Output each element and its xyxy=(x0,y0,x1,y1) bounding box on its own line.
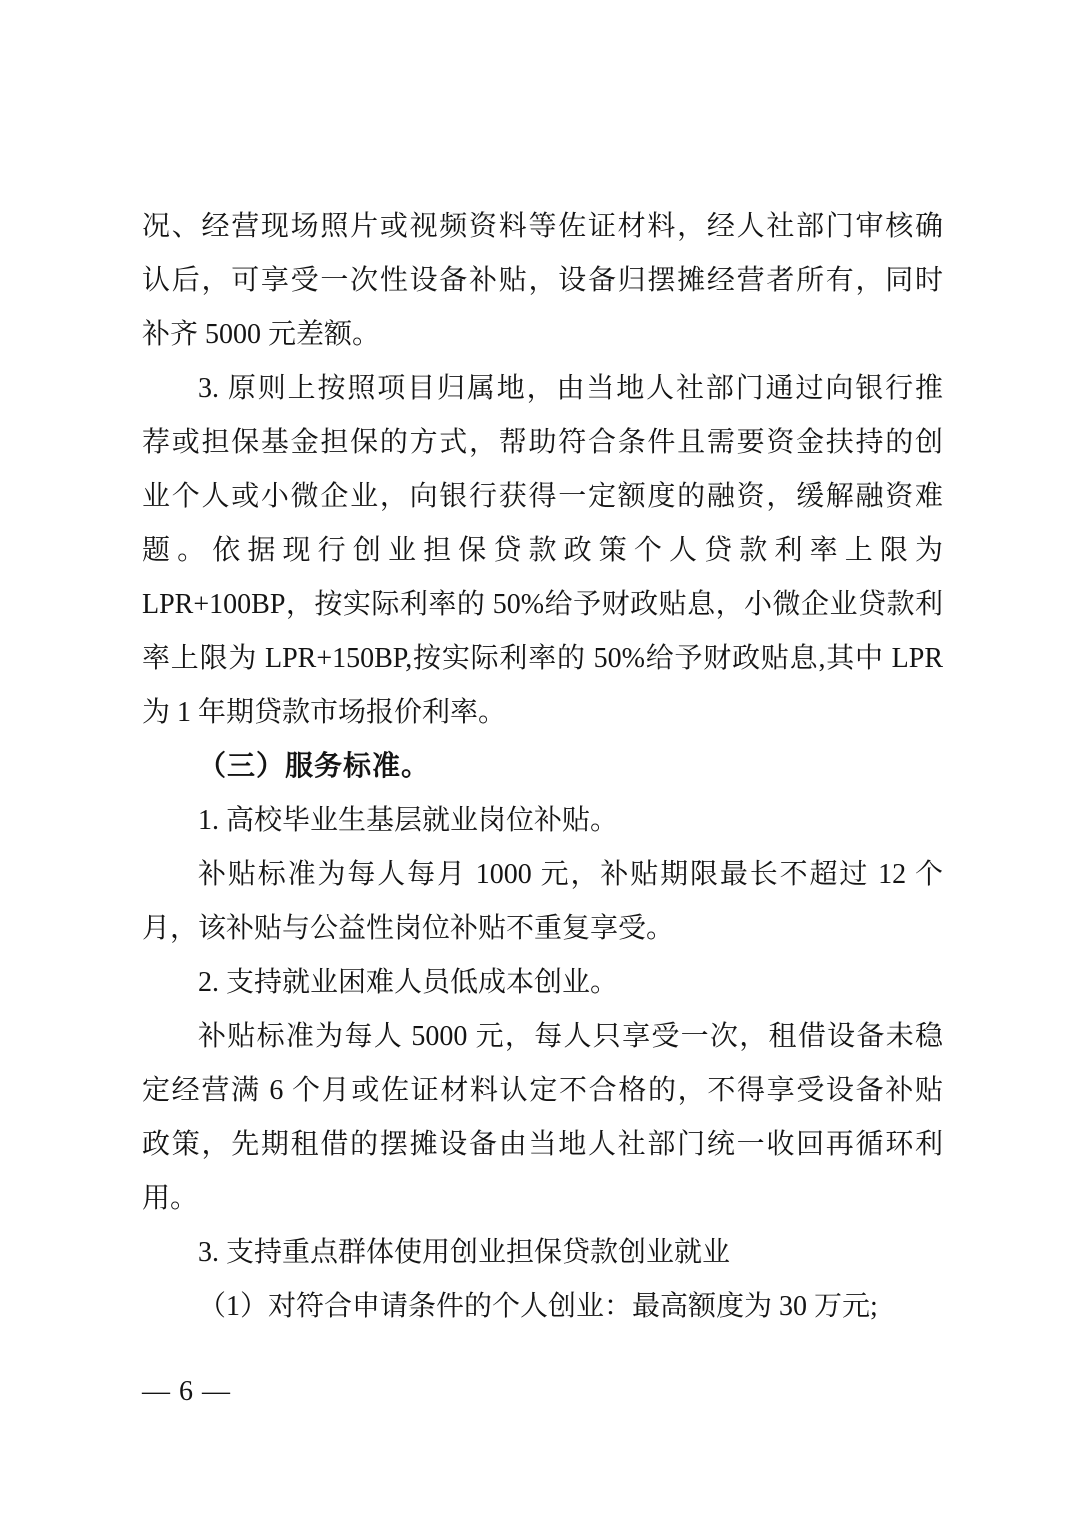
document-page: 况、经营现场照片或视频资料等佐证材料，经人社部门审核确认后，可享受一次性设备补贴… xyxy=(0,0,1075,1520)
text-line: 业个人或小微企业，向银行获得一定额度的融资，缓解融资难 xyxy=(142,470,943,524)
text-line: 月，该补贴与公益性岗位补贴不重复享受。 xyxy=(142,902,943,956)
text-line: 2. 支持就业困难人员低成本创业。 xyxy=(142,956,943,1010)
page-number: — 6 — xyxy=(142,1372,231,1412)
text-line: 况、经营现场照片或视频资料等佐证材料，经人社部门审核确 xyxy=(142,200,943,254)
text-line: 补贴标准为每人 5000 元，每人只享受一次，租借设备未稳 xyxy=(142,1010,943,1064)
text-line: 3. 支持重点群体使用创业担保贷款创业就业 xyxy=(142,1226,943,1280)
text-line: 补齐 5000 元差额。 xyxy=(142,308,943,362)
text-line: （1）对符合申请条件的个人创业：最高额度为 30 万元; xyxy=(142,1280,943,1334)
text-line: 认后，可享受一次性设备补贴，设备归摆摊经营者所有，同时 xyxy=(142,254,943,308)
text-line: 题。依据现行创业担保贷款政策个人贷款利率上限为 xyxy=(142,524,943,578)
text-line: 3. 原则上按照项目归属地，由当地人社部门通过向银行推 xyxy=(142,362,943,416)
text-line: 补贴标准为每人每月 1000 元，补贴期限最长不超过 12 个 xyxy=(142,848,943,902)
text-line: 政策，先期租借的摆摊设备由当地人社部门统一收回再循环利 xyxy=(142,1118,943,1172)
text-line: 荐或担保基金担保的方式，帮助符合条件且需要资金扶持的创 xyxy=(142,416,943,470)
document-body: 况、经营现场照片或视频资料等佐证材料，经人社部门审核确认后，可享受一次性设备补贴… xyxy=(142,200,943,1334)
text-line: 用。 xyxy=(142,1172,943,1226)
text-line: 1. 高校毕业生基层就业岗位补贴。 xyxy=(142,794,943,848)
text-line: 定经营满 6 个月或佐证材料认定不合格的，不得享受设备补贴 xyxy=(142,1064,943,1118)
text-line: LPR+100BP，按实际利率的 50%给予财政贴息，小微企业贷款利 xyxy=(142,578,943,632)
text-line: 为 1 年期贷款市场报价利率。 xyxy=(142,686,943,740)
section-heading: （三）服务标准。 xyxy=(142,740,943,794)
text-line: 率上限为 LPR+150BP,按实际利率的 50%给予财政贴息,其中 LPR xyxy=(142,632,943,686)
